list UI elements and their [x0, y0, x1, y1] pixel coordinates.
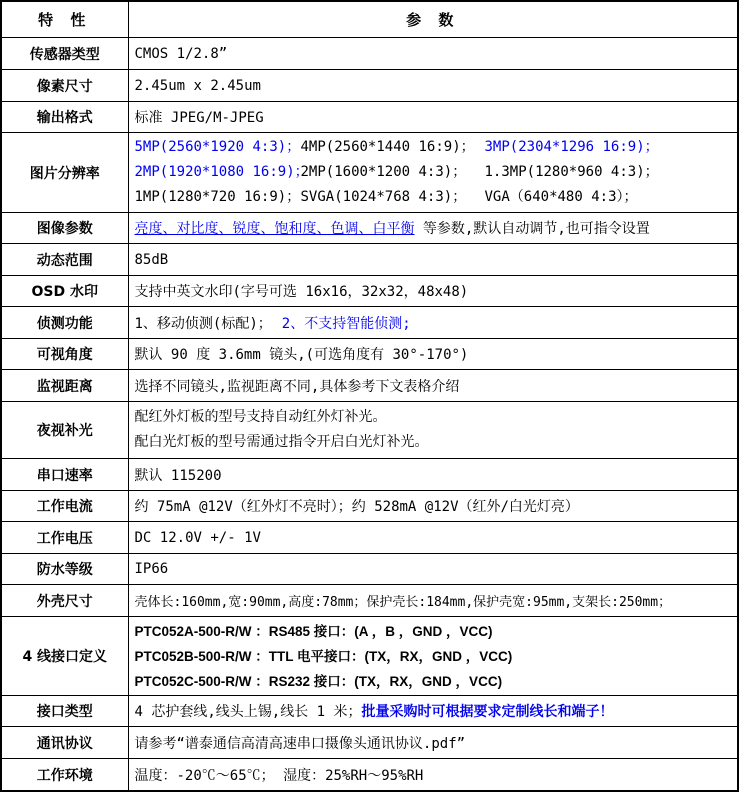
row-night-vision: 夜视补光 配红外灯板的型号支持自动红外灯补光。 配白光灯板的型号需通过指令开启白…	[1, 402, 738, 459]
feature-label: 像素尺寸	[1, 70, 128, 102]
wire-interface-line-2: PTC052B-500-R/W ：TTL 电平接口：(TX，RX，GND ，VC…	[135, 644, 732, 669]
feature-label: OSD 水印	[1, 276, 128, 307]
feature-label: 动态范围	[1, 244, 128, 276]
feature-label: 输出格式	[1, 102, 128, 133]
row-wire-interface: 4 线接口定义 PTC052A-500-R/W ：RS485 接口：(A ，B …	[1, 617, 738, 696]
res-2mp-43: 2MP(1600*1200 4:3)；	[301, 160, 485, 185]
res-3mp: 3MP(2304*1296 16:9)；	[485, 135, 732, 160]
row-pixel-size: 像素尺寸 2.45um x 2.45um	[1, 70, 738, 102]
feature-label: 侦测功能	[1, 307, 128, 339]
image-params-link[interactable]: 亮度、对比度、锐度、饱和度、色调、白平衡	[135, 221, 415, 237]
param-value: IP66	[128, 554, 738, 585]
row-interface-type: 接口类型 4 芯护套线,线头上锡,线长 1 米；批量采购时可根据要求定制线长和端…	[1, 696, 738, 727]
row-baud-rate: 串口速率 默认 115200	[1, 459, 738, 491]
param-value: 4 芯护套线,线头上锡,线长 1 米；批量采购时可根据要求定制线长和端子！	[128, 696, 738, 727]
param-value: 支持中英文水印(字号可选 16x16，32x32，48x48)	[128, 276, 738, 307]
param-value: CMOS 1/2.8”	[128, 38, 738, 70]
res-2mp-169: 2MP(1920*1080 16:9)；	[135, 160, 301, 185]
row-view-angle: 可视角度 默认 90 度 3.6mm 镜头,(可选角度有 30°-170°)	[1, 339, 738, 370]
feature-label: 4 线接口定义	[1, 617, 128, 696]
night-vision-line-1: 配红外灯板的型号支持自动红外灯补光。	[135, 405, 732, 430]
res-5mp: 5MP(2560*1920 4:3)；	[135, 135, 301, 160]
row-output-format: 输出格式 标准 JPEG/M-JPEG	[1, 102, 738, 133]
resolution-line-2: 2MP(1920*1080 16:9)； 2MP(1600*1200 4:3)；…	[135, 160, 732, 185]
res-vga: VGA（640*480 4:3）；	[485, 185, 732, 210]
row-image-params: 图像参数 亮度、对比度、锐度、饱和度、色调、白平衡 等参数,默认自动调节,也可指…	[1, 213, 738, 244]
res-1mp: 1MP(1280*720 16:9)；	[135, 185, 301, 210]
interface-type-part2: 批量采购时可根据要求定制线长和端子！	[362, 704, 614, 720]
row-working-current: 工作电流 约 75mA @12V（红外灯不亮时）；约 528mA @12V（红外…	[1, 491, 738, 522]
interface-type-part1: 4 芯护套线,线头上锡,线长 1 米；	[135, 704, 362, 720]
detection-part1: 1、移动侦测(标配)；	[135, 316, 272, 332]
header-feature: 特 性	[1, 1, 128, 38]
wire-interface-line-1: PTC052A-500-R/W ：RS485 接口：(A ，B ，GND ，VC…	[135, 619, 732, 644]
res-4mp: 4MP(2560*1440 16:9)；	[301, 135, 485, 160]
night-vision-line-2: 配白光灯板的型号需通过指令开启白光灯补光。	[135, 430, 732, 455]
param-value: DC 12.0V +/- 1V	[128, 522, 738, 554]
row-environment: 工作环境 温度：-20℃～65℃； 湿度：25%RH～95%RH	[1, 759, 738, 792]
param-value: 亮度、对比度、锐度、饱和度、色调、白平衡 等参数,默认自动调节,也可指令设置	[128, 213, 738, 244]
feature-label: 工作环境	[1, 759, 128, 792]
image-params-rest: 等参数,默认自动调节,也可指令设置	[415, 221, 650, 237]
row-working-voltage: 工作电压 DC 12.0V +/- 1V	[1, 522, 738, 554]
feature-label: 外壳尺寸	[1, 585, 128, 617]
feature-label: 可视角度	[1, 339, 128, 370]
row-resolution: 图片分辨率 5MP(2560*1920 4:3)； 4MP(2560*1440 …	[1, 133, 738, 213]
param-value: 配红外灯板的型号支持自动红外灯补光。 配白光灯板的型号需通过指令开启白光灯补光。	[128, 402, 738, 459]
param-value: 约 75mA @12V（红外灯不亮时）；约 528mA @12V（红外/白光灯亮…	[128, 491, 738, 522]
param-value: 1、移动侦测(标配)；2、不支持智能侦测;	[128, 307, 738, 339]
row-waterproof: 防水等级 IP66	[1, 554, 738, 585]
param-value: 2.45um x 2.45um	[128, 70, 738, 102]
spec-table: 特 性 参 数 传感器类型 CMOS 1/2.8” 像素尺寸 2.45um x …	[0, 0, 739, 792]
feature-label: 工作电压	[1, 522, 128, 554]
param-value: 默认 115200	[128, 459, 738, 491]
feature-label: 图片分辨率	[1, 133, 128, 213]
param-value: 温度：-20℃～65℃； 湿度：25%RH～95%RH	[128, 759, 738, 792]
feature-label: 通讯协议	[1, 727, 128, 759]
resolution-line-3: 1MP(1280*720 16:9)； SVGA(1024*768 4:3)； …	[135, 185, 732, 210]
res-svga: SVGA(1024*768 4:3)；	[301, 185, 485, 210]
feature-label: 传感器类型	[1, 38, 128, 70]
row-sensor-type: 传感器类型 CMOS 1/2.8”	[1, 38, 738, 70]
param-value: 选择不同镜头,监视距离不同,具体参考下文表格介绍	[128, 370, 738, 402]
row-dynamic-range: 动态范围 85dB	[1, 244, 738, 276]
row-monitor-distance: 监视距离 选择不同镜头,监视距离不同,具体参考下文表格介绍	[1, 370, 738, 402]
param-value: 壳体长:160mm,宽:90mm,高度:78mm；保护壳长:184mm,保护壳宽…	[128, 585, 738, 617]
row-osd-watermark: OSD 水印 支持中英文水印(字号可选 16x16，32x32，48x48)	[1, 276, 738, 307]
wire-interface-line-3: PTC052C-500-R/W ：RS232 接口：(TX，RX，GND ，VC…	[135, 669, 732, 694]
feature-label: 图像参数	[1, 213, 128, 244]
feature-label: 接口类型	[1, 696, 128, 727]
param-value: PTC052A-500-R/W ：RS485 接口：(A ，B ，GND ，VC…	[128, 617, 738, 696]
param-value: 请参考“谱泰通信高清高速串口摄像头通讯协议.pdf”	[128, 727, 738, 759]
feature-label: 串口速率	[1, 459, 128, 491]
resolution-line-1: 5MP(2560*1920 4:3)； 4MP(2560*1440 16:9)；…	[135, 135, 732, 160]
feature-label: 监视距离	[1, 370, 128, 402]
header-param: 参 数	[128, 1, 738, 38]
param-value: 标准 JPEG/M-JPEG	[128, 102, 738, 133]
feature-label: 夜视补光	[1, 402, 128, 459]
header-row: 特 性 参 数	[1, 1, 738, 38]
row-protocol: 通讯协议 请参考“谱泰通信高清高速串口摄像头通讯协议.pdf”	[1, 727, 738, 759]
row-detection: 侦测功能 1、移动侦测(标配)；2、不支持智能侦测;	[1, 307, 738, 339]
feature-label: 工作电流	[1, 491, 128, 522]
feature-label: 防水等级	[1, 554, 128, 585]
row-shell-size: 外壳尺寸 壳体长:160mm,宽:90mm,高度:78mm；保护壳长:184mm…	[1, 585, 738, 617]
param-value: 5MP(2560*1920 4:3)； 4MP(2560*1440 16:9)；…	[128, 133, 738, 213]
param-value: 默认 90 度 3.6mm 镜头,(可选角度有 30°-170°)	[128, 339, 738, 370]
res-1-3mp: 1.3MP(1280*960 4:3)；	[485, 160, 732, 185]
detection-part2: 2、不支持智能侦测;	[282, 316, 411, 332]
param-value: 85dB	[128, 244, 738, 276]
